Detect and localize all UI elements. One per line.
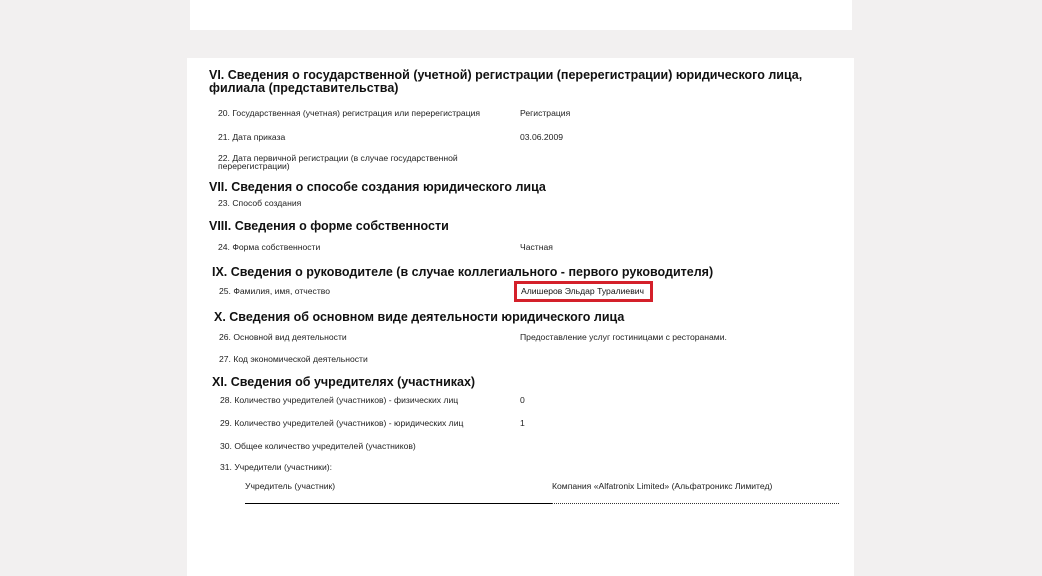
founder-row-divider-dotted [552,503,839,504]
field-20-label: 20. Государственная (учетная) регистраци… [218,109,480,118]
field-26-value: Предоставление услуг гостиницами с ресто… [520,333,727,342]
section-vi-title-line1: VI. Сведения о государственной (учетной)… [209,68,802,82]
section-viii-title: VIII. Сведения о форме собственности [209,219,449,233]
field-24-label: 24. Форма собственности [218,243,320,252]
highlighted-director-name-box: Алишеров Эльдар Туралиевич [514,281,653,302]
field-23-label: 23. Способ создания [218,199,301,208]
founder-name: Компания «Alfatronix Limited» (Альфатрон… [552,482,772,491]
field-25-label: 25. Фамилия, имя, отчество [219,287,330,296]
field-21-label: 21. Дата приказа [218,133,285,142]
section-vi-title-line2: филиала (представительства) [209,81,398,95]
section-x-title: X. Сведения об основном виде деятельност… [214,310,624,324]
field-24-value: Частная [520,243,553,252]
section-vii-title: VII. Сведения о способе создания юридиче… [209,180,546,194]
field-20-value: Регистрация [520,109,570,118]
field-28-value: 0 [520,396,525,405]
section-ix-title: IX. Сведения о руководителе (в случае ко… [212,265,713,279]
field-29-label: 29. Количество учредителей (участников) … [220,419,463,428]
previous-page-panel [190,0,852,30]
field-25-value: Алишеров Эльдар Туралиевич [521,287,644,296]
section-xi-title: XI. Сведения об учредителях (участниках) [212,375,475,389]
founder-row-divider-solid [245,503,552,504]
field-27-label: 27. Код экономической деятельности [219,355,368,364]
field-30-label: 30. Общее количество учредителей (участн… [220,442,416,451]
field-31-label: 31. Учредители (участники): [220,463,332,472]
field-26-label: 26. Основной вид деятельности [219,333,347,342]
field-28-label: 28. Количество учредителей (участников) … [220,396,458,405]
field-21-value: 03.06.2009 [520,133,563,142]
field-22-label-line2: перерегистрации) [218,162,290,171]
field-29-value: 1 [520,419,525,428]
founder-role: Учредитель (участник) [245,482,335,491]
